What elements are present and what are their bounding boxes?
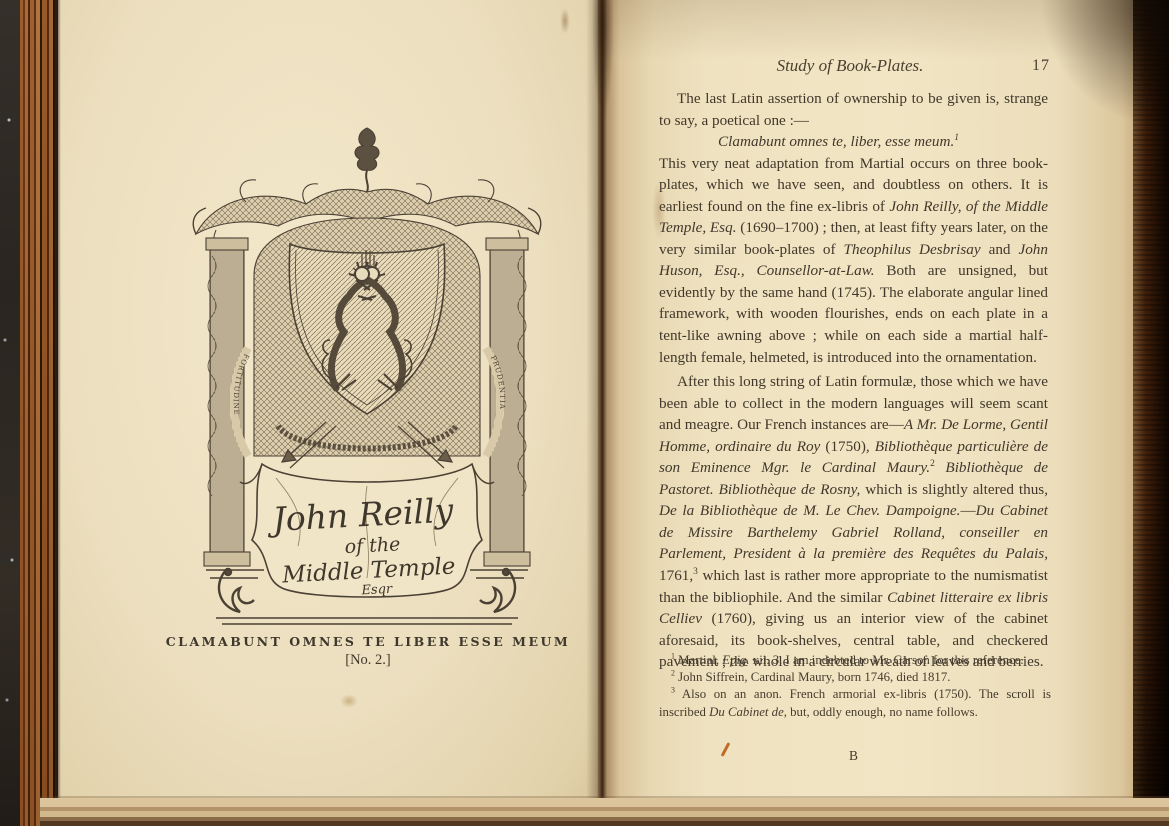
running-header: Study of Book-Plates.	[640, 56, 1060, 76]
book-cover-edge	[0, 0, 20, 826]
plume-finial	[355, 128, 379, 192]
bottom-page-edges	[40, 796, 1169, 826]
deckled-page-edges	[20, 0, 58, 826]
plate-figure-number: [No. 2.]	[138, 652, 598, 669]
owner-line-2: of the	[344, 533, 401, 558]
dolphin-ornament-right	[480, 569, 515, 612]
gutter-stain	[592, 0, 614, 120]
body-text: The last Latin assertion of ownership to…	[659, 88, 1048, 673]
poem-line: Clamabunt omnes te, liber, esse meum.1	[659, 131, 1048, 153]
foxing-stain	[340, 694, 358, 708]
paragraph: This very neat adaptation from Martial o…	[659, 153, 1048, 368]
footnotes: 1 Martial, Epig. xii. 3. I am indebted t…	[659, 652, 1051, 721]
footnote: 3 Also on an anon. French armorial ex-li…	[659, 686, 1051, 720]
deckle-shadow	[55, 0, 61, 826]
foxing-stain	[652, 180, 666, 240]
bookplate-figure: FORTITUDINE PRUDENTIA	[186, 126, 548, 632]
corner-shadow	[1040, 0, 1169, 130]
dolphin-ornament-left	[219, 569, 254, 612]
paragraph: After this long string of Latin formulæ,…	[659, 371, 1048, 673]
left-page: FORTITUDINE PRUDENTIA	[58, 0, 598, 826]
paragraph: The last Latin assertion of ownership to…	[659, 88, 1048, 131]
foxing-stain	[560, 8, 570, 34]
signature-mark: B	[659, 748, 1048, 764]
gutter-shadow	[586, 0, 620, 826]
plate-caption: CLAMABUNT OMNES TE LIBER ESSE MEUM	[138, 634, 598, 649]
owner-line-4: Esqr	[360, 582, 393, 599]
footnote: 2 John Siffrein, Cardinal Maury, born 17…	[659, 669, 1051, 686]
footnote: 1 Martial, Epig. xii. 3. I am indebted t…	[659, 652, 1051, 669]
book-photo: FORTITUDINE PRUDENTIA	[0, 0, 1169, 826]
bookplate-engraving: FORTITUDINE PRUDENTIA	[186, 126, 548, 632]
